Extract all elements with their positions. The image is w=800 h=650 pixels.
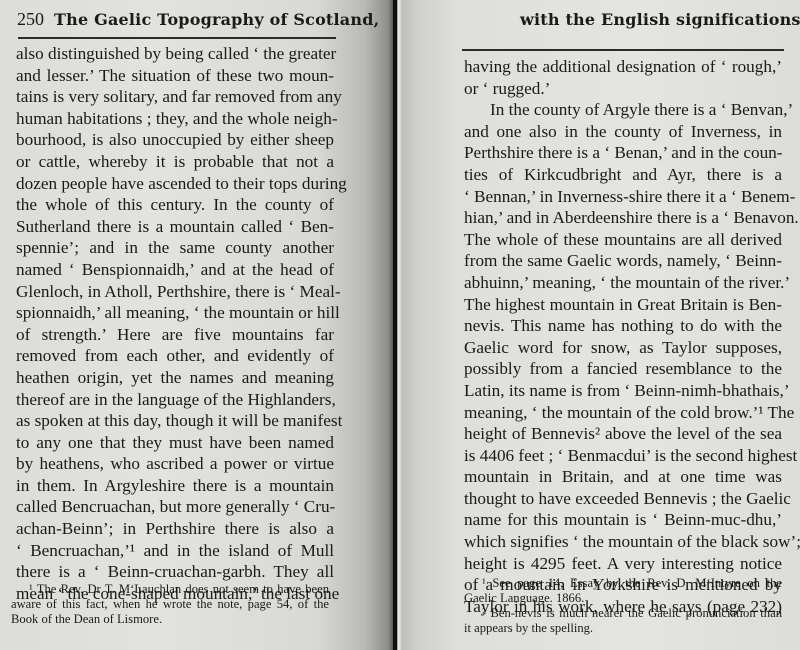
text-line: In the county of Argyle there is a ‘ Ben…	[464, 99, 782, 121]
text-line: as spoken at this day, though it will be…	[16, 410, 334, 432]
running-head: with the English significations.	[520, 10, 800, 29]
text-line: ‘ Bencruachan,’¹ and in the island of Mu…	[16, 540, 334, 562]
text-line: possibly from a fancied resemblance to t…	[464, 358, 782, 380]
right-footnotes: ¹ See page 14, Essay by the Rev. D. M‘In…	[464, 576, 782, 636]
text-line: ‘ Bennan,’ in Inverness-shire there it a…	[464, 186, 782, 208]
text-line: Sutherland there is a mountain called ‘ …	[16, 216, 334, 238]
right-page-header: with the English significations.251	[520, 9, 800, 31]
text-line: Glenloch, in Atholl, Perthshire, there i…	[16, 281, 334, 303]
text-line: achan-Beinn’; in Perthshire there is als…	[16, 518, 334, 540]
text-line: of strength.’ Here are five mountains fa…	[16, 324, 334, 346]
text-line: The highest mountain in Great Britain is…	[464, 294, 782, 316]
text-line: hian,’ and in Aberdeenshire there is a ‘…	[464, 207, 782, 229]
text-line: human habitations ; they, and the whole …	[16, 108, 334, 130]
page-number: 250	[17, 9, 44, 29]
text-line: nevis. This name has nothing to do with …	[464, 315, 782, 337]
text-line: removed from each other, and evidently o…	[16, 345, 334, 367]
text-line: ties of Kirkcudbright and Ayr, there is …	[464, 164, 782, 186]
text-line: height of Bennevis² above the level of t…	[464, 423, 782, 445]
text-line: spionnaidh,’ all meaning, ‘ the mountain…	[16, 302, 334, 324]
text-line: also distinguished by being called ‘ the…	[16, 43, 334, 65]
header-rule	[462, 49, 784, 51]
text-line: thought to have exceeded Bennevis ; the …	[464, 488, 782, 510]
footnote-line: ¹ See page 14, Essay by the Rev. D. M‘In…	[464, 576, 782, 591]
text-line: name for this mountain is ‘ Beinn-muc-dh…	[464, 509, 782, 531]
text-line: to any one that they must have been name…	[16, 432, 334, 454]
text-line: dozen people have ascended to their tops…	[16, 173, 334, 195]
footnote-line: Gaelic Language. 1866.	[464, 591, 782, 606]
footnote-line: it appears by the spelling.	[464, 621, 782, 636]
text-line: spennie’; and in the same county another	[16, 237, 334, 259]
text-line: Gaelic word for snow, as Taylor supposes…	[464, 337, 782, 359]
text-line: The whole of these mountains are all der…	[464, 229, 782, 251]
text-line: in them. In Argyleshire there is a mount…	[16, 475, 334, 497]
text-line: abhuinn,’ meaning, ‘ the mountain of the…	[464, 272, 782, 294]
text-line: is 4406 feet ; ‘ Benmacdui’ is the secon…	[464, 445, 782, 467]
text-line: called Bencruachan, but more generally ‘…	[16, 496, 334, 518]
text-line: which signifies ‘ the mountain of the bl…	[464, 531, 782, 553]
text-line: named ‘ Benspionnaidh,’ and at the head …	[16, 259, 334, 281]
text-line: mountain in Britain, and at one time was	[464, 466, 782, 488]
text-line: from the same Gaelic words, namely, ‘ Be…	[464, 250, 782, 272]
running-head: The Gaelic Topography of Scotland,	[54, 10, 379, 29]
text-line: tains is very solitary, and far removed …	[16, 86, 334, 108]
left-page-header: 250The Gaelic Topography of Scotland,	[17, 9, 379, 31]
text-line: or ‘ rugged.’	[464, 78, 782, 100]
left-page-body: also distinguished by being called ‘ the…	[16, 43, 334, 604]
footnote-line: aware of this fact, when he wrote the no…	[11, 597, 329, 612]
right-page-body: having the additional designation of ‘ r…	[464, 56, 782, 617]
text-line: having the additional designation of ‘ r…	[464, 56, 782, 78]
text-line: heathen origin, yet the names and meanin…	[16, 367, 334, 389]
right-page: with the English significations.251 havi…	[396, 0, 800, 650]
left-footnotes: ¹ The Rev. Dr T. M‘Lauchlan does not see…	[11, 582, 329, 627]
text-line: bourhood, is also unoccupied by either s…	[16, 129, 334, 151]
text-line: Latin, its name is from ‘ Beinn-nimh-bha…	[464, 380, 782, 402]
book-gutter	[393, 0, 397, 650]
text-line: thereof are in the language of the Highl…	[16, 389, 334, 411]
text-line: or cattle, whereby it is probable that n…	[16, 151, 334, 173]
footnote-line: Book of the Dean of Lismore.	[11, 612, 329, 627]
header-rule	[18, 37, 336, 39]
text-line: height is 4295 feet. A very interesting …	[464, 553, 782, 575]
text-line: by heathens, who ascribed a power or vir…	[16, 453, 334, 475]
text-line: meaning, ‘ the mountain of the cold brow…	[464, 402, 782, 424]
text-line: the whole of this century. In the county…	[16, 194, 334, 216]
text-line: and one also in the county of Inverness,…	[464, 121, 782, 143]
book-spread: 250The Gaelic Topography of Scotland, al…	[0, 0, 800, 650]
text-line: there is a ‘ Beinn-cruachan-garbh. They …	[16, 561, 334, 583]
footnote-line: ² Ben-nevis is much nearer the Gaelic pr…	[464, 606, 782, 621]
text-line: and lesser.’ The situation of these two …	[16, 65, 334, 87]
text-line: Perthshire there is a ‘ Benan,’ and in t…	[464, 142, 782, 164]
left-page: 250The Gaelic Topography of Scotland, al…	[0, 0, 396, 650]
footnote-line: ¹ The Rev. Dr T. M‘Lauchlan does not see…	[11, 582, 329, 597]
